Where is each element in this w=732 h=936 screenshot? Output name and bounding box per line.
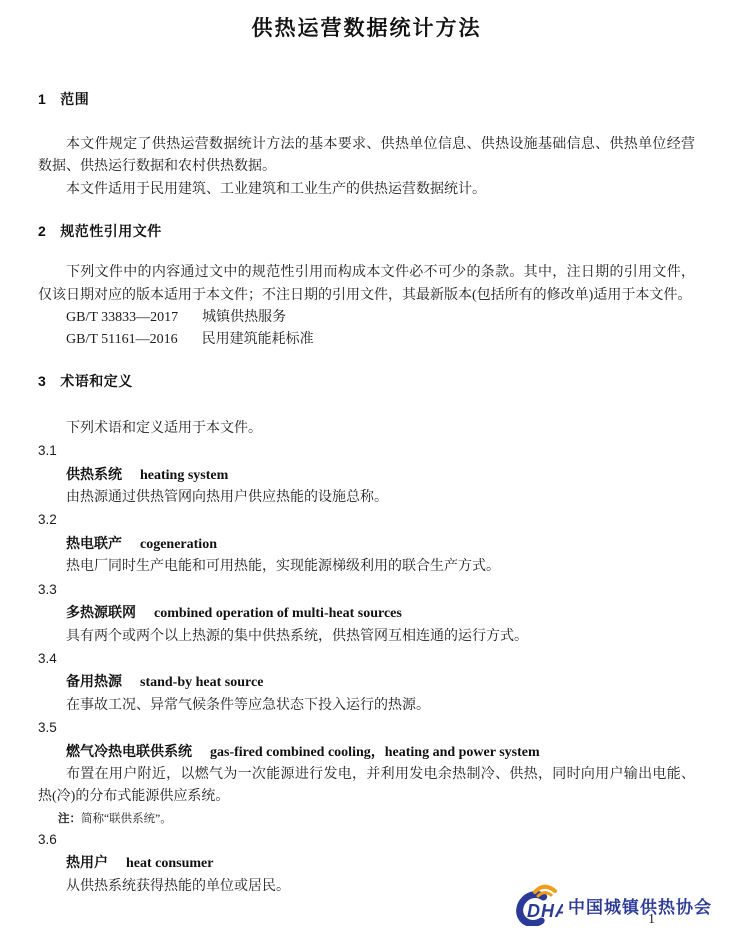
- term-definition: 由热源通过供热管网向热用户供应热能的设施总称。: [38, 487, 695, 509]
- scope-paragraph-1: 本文件规定了供热运营数据统计方法的基本要求、供热单位信息、供热设施基础信息、供热…: [38, 134, 695, 179]
- section-1-heading: 1范围: [38, 90, 695, 108]
- association-logo: DHA 中国城镇供热协会: [505, 884, 712, 926]
- term-heading: 燃气冷热电联供系统gas-fired combined cooling，heat…: [38, 740, 695, 764]
- note-text: 简称“联供系统”。: [81, 813, 172, 825]
- section-1-title: 范围: [60, 91, 89, 107]
- term-en: gas-fired combined cooling，heating and p…: [210, 745, 540, 760]
- document-page: 供热运营数据统计方法 1范围 本文件规定了供热运营数据统计方法的基本要求、供热单…: [0, 0, 732, 936]
- term-3-5: 3.5 燃气冷热电联供系统gas-fired combined cooling，…: [38, 717, 695, 829]
- section-1-number: 1: [38, 90, 46, 108]
- term-definition: 具有两个或两个以上热源的集中供热系统，供热管网互相连通的运行方式。: [38, 626, 695, 648]
- term-heading: 多热源联网combined operation of multi-heat so…: [38, 601, 695, 625]
- term-zh: 多热源联网: [66, 604, 136, 620]
- reference-code: GB/T 33833—2017: [66, 310, 178, 325]
- term-zh: 燃气冷热电联供系统: [66, 743, 192, 759]
- section-2-number: 2: [38, 222, 46, 240]
- term-zh: 热电联产: [66, 535, 122, 551]
- note-label: 注：: [58, 813, 81, 825]
- term-heading: 热电联产cogeneration: [38, 532, 695, 556]
- term-number: 3.3: [38, 579, 695, 601]
- reference-item: GB/T 51161—2016民用建筑能耗标准: [38, 329, 695, 351]
- term-en: heating system: [140, 468, 228, 483]
- term-zh: 供热系统: [66, 466, 122, 482]
- page-number: 1: [648, 911, 655, 929]
- term-heading: 供热系统heating system: [38, 463, 695, 487]
- term-number: 3.2: [38, 509, 695, 531]
- section-2-heading: 2规范性引用文件: [38, 222, 695, 240]
- cdha-logo-icon: DHA: [505, 884, 563, 926]
- term-heading: 备用热源stand-by heat source: [38, 670, 695, 694]
- scope-paragraph-2: 本文件适用于民用建筑、工业建筑和工业生产的供热运营数据统计。: [38, 179, 695, 201]
- term-definition: 在事故工况、异常气候条件等应急状态下投入运行的热源。: [38, 695, 695, 717]
- section-terms-definitions: 3术语和定义 下列术语和定义适用于本文件。 3.1 供热系统heating sy…: [38, 372, 695, 898]
- section-3-number: 3: [38, 372, 46, 390]
- term-zh: 热用户: [66, 854, 108, 870]
- references-paragraph: 下列文件中的内容通过文中的规范性引用而构成本文件必不可少的条款。其中，注日期的引…: [38, 262, 695, 307]
- section-3-title: 术语和定义: [60, 373, 133, 389]
- section-scope: 1范围 本文件规定了供热运营数据统计方法的基本要求、供热单位信息、供热设施基础信…: [38, 90, 695, 201]
- logo-dha-text: DHA: [527, 901, 563, 921]
- section-2-title: 规范性引用文件: [60, 223, 162, 239]
- term-3-3: 3.3 多热源联网combined operation of multi-hea…: [38, 579, 695, 648]
- term-zh: 备用热源: [66, 673, 122, 689]
- term-heading: 热用户heat consumer: [38, 851, 695, 875]
- reference-title: 民用建筑能耗标准: [202, 332, 314, 347]
- term-en: cogeneration: [140, 537, 217, 552]
- term-number: 3.6: [38, 829, 695, 851]
- reference-title: 城镇供热服务: [202, 310, 286, 325]
- term-3-1: 3.1 供热系统heating system 由热源通过供热管网向热用户供应热能…: [38, 440, 695, 509]
- association-name: 中国城镇供热协会: [568, 893, 712, 918]
- term-number: 3.5: [38, 717, 695, 739]
- reference-item: GB/T 33833—2017城镇供热服务: [38, 307, 695, 329]
- term-en: combined operation of multi-heat sources: [154, 606, 402, 621]
- term-note: 注：简称“联供系统”。: [38, 809, 695, 829]
- section-normative-references: 2规范性引用文件 下列文件中的内容通过文中的规范性引用而构成本文件必不可少的条款…: [38, 222, 695, 352]
- term-definition: 布置在用户附近，以燃气为一次能源进行发电，并利用发电余热制冷、供热，同时向用户输…: [38, 764, 695, 809]
- term-en: stand-by heat source: [140, 675, 263, 690]
- term-definition: 热电厂同时生产电能和可用热能，实现能源梯级利用的联合生产方式。: [38, 556, 695, 578]
- term-en: heat consumer: [126, 856, 214, 871]
- document-title: 供热运营数据统计方法: [38, 16, 695, 42]
- term-number: 3.4: [38, 648, 695, 670]
- term-number: 3.1: [38, 440, 695, 462]
- terms-intro: 下列术语和定义适用于本文件。: [38, 418, 695, 440]
- reference-code: GB/T 51161—2016: [66, 332, 178, 347]
- section-3-heading: 3术语和定义: [38, 372, 695, 390]
- term-3-4: 3.4 备用热源stand-by heat source 在事故工况、异常气候条…: [38, 648, 695, 717]
- term-3-2: 3.2 热电联产cogeneration 热电厂同时生产电能和可用热能，实现能源…: [38, 509, 695, 578]
